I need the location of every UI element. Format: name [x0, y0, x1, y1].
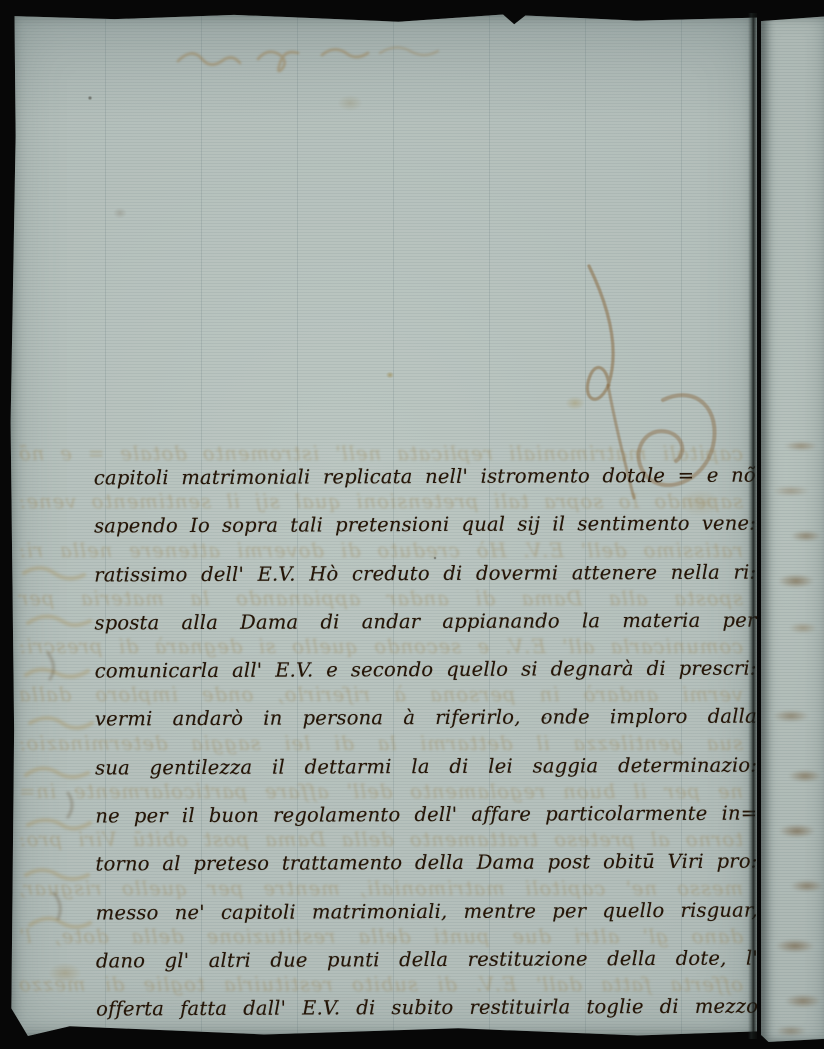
manuscript-line: sua gentilezza il dettarmi la di lei sag…: [95, 741, 757, 792]
manuscript-line: sposta alla Dama di andar appianando la …: [94, 596, 756, 647]
manuscript-line: capitoli matrimoniali replicata nell' is…: [94, 452, 756, 503]
manuscript-line: sapendo Io sopra tali pretensioni qual s…: [94, 500, 756, 551]
manuscript-line: ratissimo dell' E.V. Hò creduto di dover…: [94, 548, 756, 599]
manuscript-line: messo ne' capitoli matrimoniali, mentre …: [96, 886, 758, 937]
manuscript-line: ne per il buon regolamento dell' affare …: [95, 790, 757, 841]
handwritten-text: capitoli matrimoniali replicata nell' is…: [94, 452, 759, 1034]
manuscript-line: torno al preteso trattamento della Dama …: [95, 838, 757, 889]
manuscript-page: capitoli matrimoniali replicata nell' is…: [10, 13, 757, 1037]
page-fold-crease: [748, 13, 757, 1039]
top-bleedthrough-mark: [170, 31, 470, 81]
manuscript-scan: capitoli matrimoniali replicata nell' is…: [0, 0, 824, 1049]
manuscript-line: offerta fatta dall' E.V. di subito resti…: [96, 983, 758, 1034]
manuscript-line: dano gl' altri due punti della restituzi…: [96, 935, 758, 986]
manuscript-line: comunicarla all' E.V. e secondo quello s…: [95, 645, 757, 696]
adjacent-page-bleedthrough: [761, 16, 824, 1042]
manuscript-line: vermi andarò in persona à riferirlo, ond…: [95, 693, 757, 744]
adjacent-page-edge: [761, 16, 824, 1042]
